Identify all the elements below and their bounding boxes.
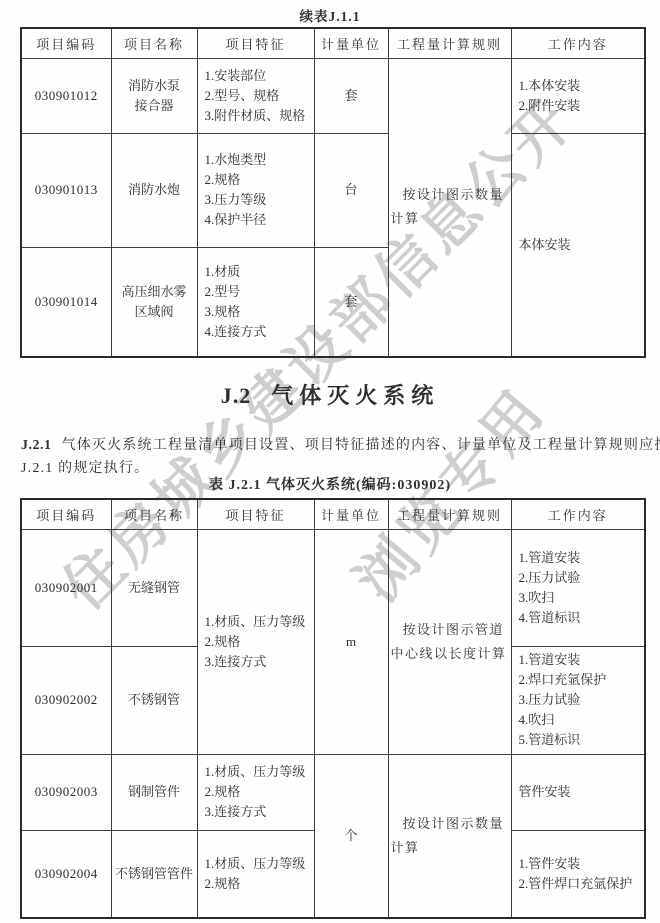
table-header-row: 项目编码 项目名称 项目特征 计量单位 工程量计算规则 工作内容 bbox=[21, 28, 645, 58]
cell-project-code: 030902001 bbox=[21, 529, 111, 646]
clause-number: J.2.1 bbox=[21, 438, 52, 453]
col-header-calc-rule: 工程量计算规则 bbox=[388, 28, 511, 58]
cell-project-code: 030902003 bbox=[21, 754, 111, 830]
section-heading-title: 气体灭火系统 bbox=[271, 383, 439, 408]
section-heading-number: J.2 bbox=[221, 383, 252, 408]
cell-work-content: 1.管道安装 2.焊口充氩保护 3.压力试验 4.吹扫 5.管道标识 bbox=[511, 646, 645, 754]
col-header-work-content: 工作内容 bbox=[511, 499, 645, 529]
cell-unit: 个 bbox=[314, 754, 388, 918]
table-j11-continued: 项目编码 项目名称 项目特征 计量单位 工程量计算规则 工作内容 0309010… bbox=[20, 27, 646, 358]
cell-features: 1.安装部位 2.型号、规格 3.附件材质、规格 bbox=[197, 58, 314, 133]
continued-table-title: 续表J.1.1 bbox=[0, 5, 660, 25]
cell-unit: m bbox=[314, 529, 388, 754]
cell-project-code: 030901013 bbox=[21, 133, 111, 247]
col-header-project-code: 项目编码 bbox=[21, 28, 111, 58]
col-header-features: 项目特征 bbox=[197, 28, 314, 58]
cell-project-code: 030902004 bbox=[21, 830, 111, 918]
document-page: 住房城乡建设部信息公开 浏览专用 续表J.1.1 项目编码 项目名称 项目特征 … bbox=[0, 0, 660, 923]
cell-features: 1.材质、压力等级 2.规格 bbox=[197, 830, 314, 918]
page-content: 续表J.1.1 项目编码 项目名称 项目特征 计量单位 工程量计算规则 工作内容… bbox=[0, 0, 660, 923]
cell-calc-rule: 按设计图示数量 计算 bbox=[388, 58, 511, 357]
cell-project-name: 消防水炮 bbox=[111, 133, 197, 247]
cell-work-content: 本体安装 bbox=[511, 133, 645, 357]
table-caption: 表 J.2.1 气体灭火系统(编码:030902) bbox=[0, 474, 660, 494]
section-heading: J.2气体灭火系统 bbox=[0, 379, 660, 410]
col-header-project-name: 项目名称 bbox=[111, 28, 197, 58]
table-j21: 项目编码 项目名称 项目特征 计量单位 工程量计算规则 工作内容 0309020… bbox=[20, 498, 646, 919]
col-header-work-content: 工作内容 bbox=[511, 28, 645, 58]
cell-project-name: 无缝钢管 bbox=[111, 529, 197, 646]
cell-calc-rule: 按设计图示管道 中心线以长度计算 bbox=[388, 529, 511, 754]
cell-features: 1.水炮类型 2.规格 3.压力等级 4.保护半径 bbox=[197, 133, 314, 247]
table-row: 030901013 消防水炮 1.水炮类型 2.规格 3.压力等级 4.保护半径… bbox=[21, 133, 645, 247]
col-header-project-code: 项目编码 bbox=[21, 499, 111, 529]
cell-unit: 套 bbox=[314, 58, 388, 133]
cell-project-name: 高压细水雾 区域阀 bbox=[111, 247, 197, 357]
col-header-unit: 计量单位 bbox=[314, 28, 388, 58]
cell-work-content: 1.本体安装 2.附件安装 bbox=[511, 58, 645, 133]
cell-project-code: 030902002 bbox=[21, 646, 111, 754]
cell-work-content: 管件安装 bbox=[511, 754, 645, 830]
col-header-unit: 计量单位 bbox=[314, 499, 388, 529]
table-row: 030902003 钢制管件 1.材质、压力等级 2.规格 3.连接方式 个 按… bbox=[21, 754, 645, 830]
cell-project-name: 消防水泵 接合器 bbox=[111, 58, 197, 133]
cell-project-code: 030901014 bbox=[21, 247, 111, 357]
cell-unit: 台 bbox=[314, 133, 388, 247]
cell-project-code: 030901012 bbox=[21, 58, 111, 133]
cell-features: 1.材质、压力等级 2.规格 3.连接方式 bbox=[197, 754, 314, 830]
cell-features: 1.材质 2.型号 3.规格 4.连接方式 bbox=[197, 247, 314, 357]
col-header-features: 项目特征 bbox=[197, 499, 314, 529]
table-row: 030901012 消防水泵 接合器 1.安装部位 2.型号、规格 3.附件材质… bbox=[21, 58, 645, 133]
cell-features: 1.材质、压力等级 2.规格 3.连接方式 bbox=[197, 529, 314, 754]
table-row: 030902001 无缝钢管 1.材质、压力等级 2.规格 3.连接方式 m 按… bbox=[21, 529, 645, 646]
col-header-project-name: 项目名称 bbox=[111, 499, 197, 529]
cell-work-content: 1.管件安装 2.管件焊口充氩保护 bbox=[511, 830, 645, 918]
cell-unit: 套 bbox=[314, 247, 388, 357]
cell-project-name: 不锈钢管管件 bbox=[111, 830, 197, 918]
cell-project-name: 不锈钢管 bbox=[111, 646, 197, 754]
clause-line-1: J.2.1气体灭火系统工程量清单项目设置、项目特征描述的内容、计量单位及工程量计… bbox=[21, 434, 651, 457]
cell-project-name: 钢制管件 bbox=[111, 754, 197, 830]
cell-work-content: 1.管道安装 2.压力试验 3.吹扫 4.管道标识 bbox=[511, 529, 645, 646]
clause-text: 气体灭火系统工程量清单项目设置、项目特征描述的内容、计量单位及工程量计算规则应按… bbox=[62, 438, 660, 453]
cell-calc-rule: 按设计图示数量 计算 bbox=[388, 754, 511, 918]
table-header-row: 项目编码 项目名称 项目特征 计量单位 工程量计算规则 工作内容 bbox=[21, 499, 645, 529]
col-header-calc-rule: 工程量计算规则 bbox=[388, 499, 511, 529]
